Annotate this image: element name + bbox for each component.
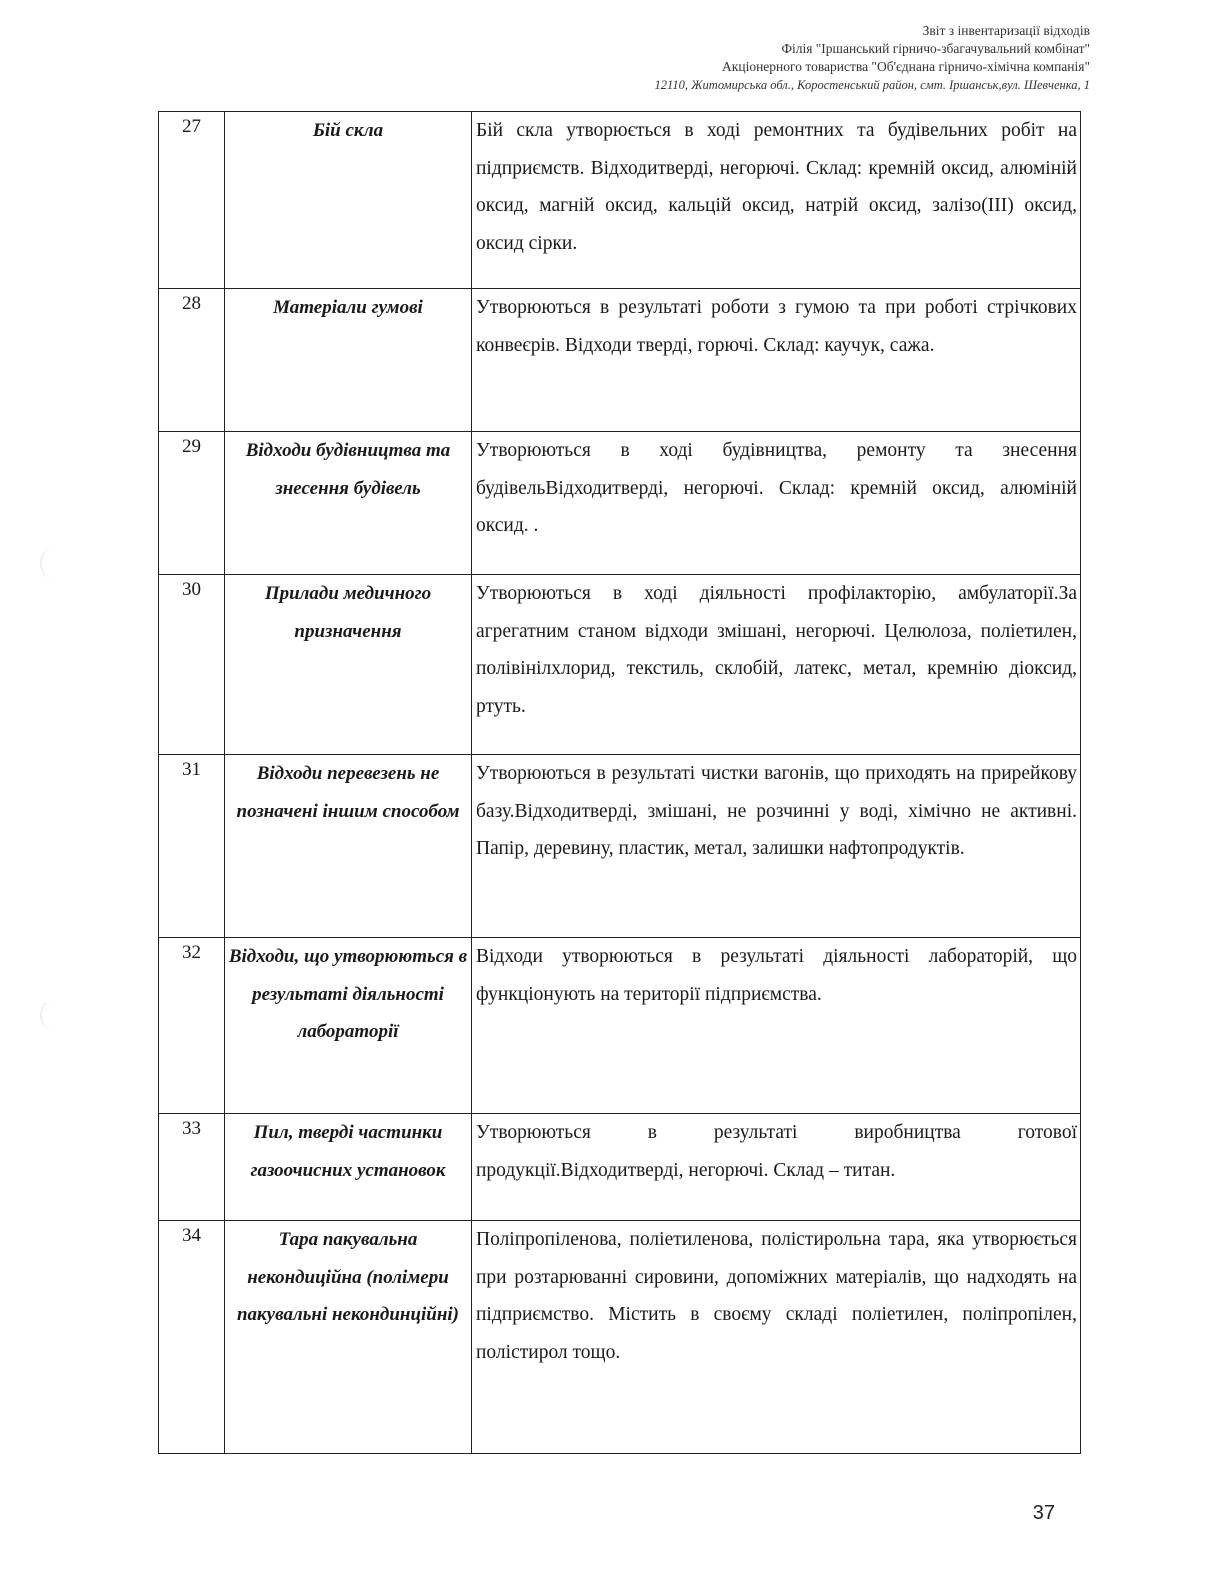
row-number: 27 xyxy=(159,112,225,289)
scan-artifact xyxy=(40,1000,64,1030)
waste-name: Відходи будівництва та знесення будівель xyxy=(225,432,472,575)
row-number: 29 xyxy=(159,432,225,575)
company-name: Акціонерного товариства "Об'єднана гірни… xyxy=(655,58,1090,76)
row-number: 28 xyxy=(159,289,225,432)
table-row: 27 Бій скла Бій скла утворюється в ході … xyxy=(159,112,1081,289)
waste-name: Прилади медичного призначення xyxy=(225,575,472,755)
table-row: 28 Матеріали гумові Утворюються в резуль… xyxy=(159,289,1081,432)
row-number: 30 xyxy=(159,575,225,755)
table-row: 31 Відходи перевезень не позначені іншим… xyxy=(159,755,1081,938)
table-row: 33 Пил, тверді частинки газоочисних уста… xyxy=(159,1114,1081,1221)
row-number: 33 xyxy=(159,1114,225,1221)
waste-name: Пил, тверді частинки газоочисних установ… xyxy=(225,1114,472,1221)
waste-description: Утворюються в ході діяльності профілакто… xyxy=(472,575,1081,755)
waste-description: Поліпропіленова, поліетиленова, полістир… xyxy=(472,1221,1081,1454)
branch-name: Філія "Іршанський гірничо-збагачувальний… xyxy=(655,40,1090,58)
waste-description: Утворюються в ході будівництва, ремонту … xyxy=(472,432,1081,575)
waste-name: Відходи, що утворюються в результаті дія… xyxy=(225,938,472,1114)
table-row: 32 Відходи, що утворюються в результаті … xyxy=(159,938,1081,1114)
waste-table: 27 Бій скла Бій скла утворюється в ході … xyxy=(158,111,1081,1454)
waste-description: Утворюються в результаті виробництва гот… xyxy=(472,1114,1081,1221)
row-number: 34 xyxy=(159,1221,225,1454)
waste-description: Бій скла утворюється в ході ремонтних та… xyxy=(472,112,1081,289)
waste-description: Відходи утворюються в результаті діяльно… xyxy=(472,938,1081,1114)
waste-name: Відходи перевезень не позначені іншим сп… xyxy=(225,755,472,938)
row-number: 31 xyxy=(159,755,225,938)
page-number: 37 xyxy=(1033,1502,1055,1525)
report-title: Звіт з інвентаризації відходів xyxy=(655,22,1090,40)
scan-artifact xyxy=(40,548,64,578)
waste-description: Утворюються в результаті роботи з гумою … xyxy=(472,289,1081,432)
waste-description: Утворюються в результаті чистки вагонів,… xyxy=(472,755,1081,938)
table-row: 29 Відходи будівництва та знесення будів… xyxy=(159,432,1081,575)
waste-name: Тара пакувальна некондиційна (полімери п… xyxy=(225,1221,472,1454)
row-number: 32 xyxy=(159,938,225,1114)
table-row: 34 Тара пакувальна некондиційна (полімер… xyxy=(159,1221,1081,1454)
document-header: Звіт з інвентаризації відходів Філія "Ір… xyxy=(655,22,1090,94)
waste-name: Бій скла xyxy=(225,112,472,289)
table-row: 30 Прилади медичного призначення Утворюю… xyxy=(159,575,1081,755)
company-address: 12110, Житомирська обл., Коростенський р… xyxy=(655,76,1090,94)
waste-name: Матеріали гумові xyxy=(225,289,472,432)
